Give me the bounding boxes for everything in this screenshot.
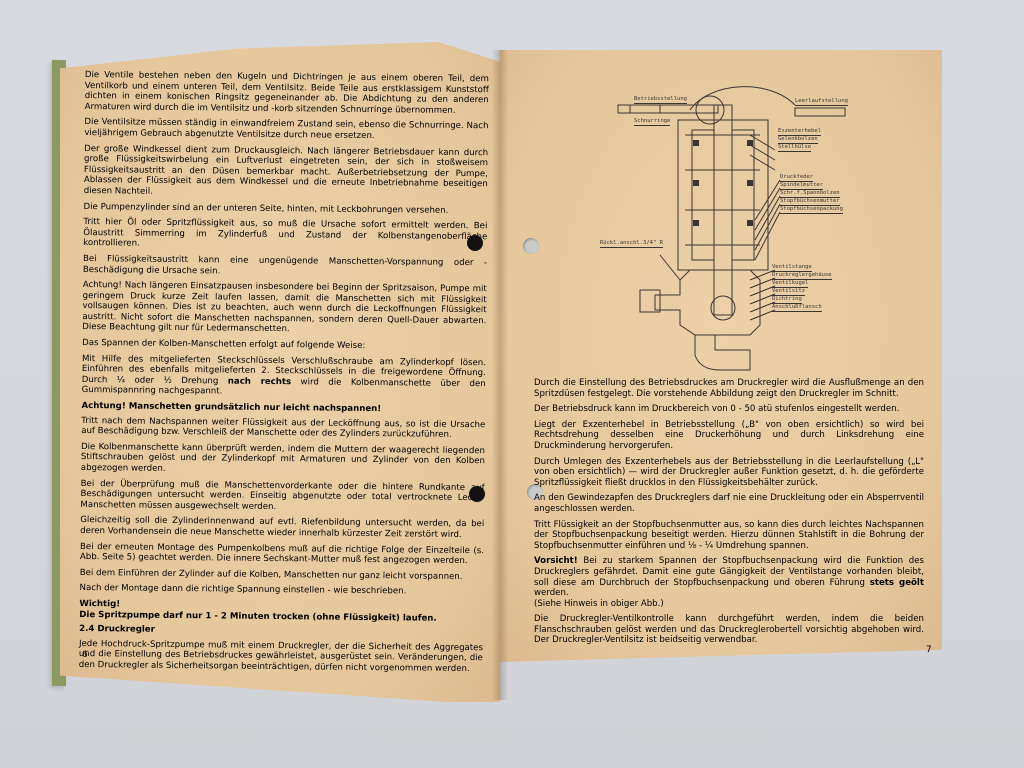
note: (Siehe Hinweis in obiger Abb.) [534,599,924,610]
label-gelenkbolzen: Gelenkbolzen [778,136,818,144]
label-betriebsstellung: Betriebsstellung [634,96,687,104]
warning-heading: Achtung! Manschetten grundsätzlich nur l… [81,401,485,416]
section-heading: 2.4 Druckregler [79,624,483,639]
paragraph: Die Ventilsitze müssen ständig in einwan… [84,117,488,142]
label-leerlaufstellung: Leerlaufstellung [795,98,848,106]
right-page-text: Durch die Einstellung des Betriebsdrucke… [534,378,924,651]
label-ventilkugel: Ventilkugel [772,280,808,288]
paragraph: Bei der Überprüfung muß die Manschettenv… [80,479,484,515]
label-spannbolzen: Schr.f.Spannbolzen [780,190,840,198]
caution-paragraph: Vorsicht! Bei zu starkem Spannen der Sto… [534,556,924,598]
paragraph: Liegt der Exzenterhebel in Betriebsstell… [534,420,924,452]
tightening-paragraph: Mit Hilfe des mitgelieferten Steckschlüs… [82,354,486,401]
page-number-left: 6 [82,650,88,660]
paragraph: Bei Flüssigkeitsaustritt kann eine ungen… [83,254,487,279]
label-stopfbuechsenpackung: Stopfbüchsenpackung [780,206,843,214]
pressure-regulator-diagram: Betriebsstellung Leerlaufstellung Schnur… [600,80,890,380]
paragraph: Der große Windkessel dient zum Druckausg… [84,144,489,201]
paragraph: Tritt hier Öl oder Spritzflüssigkeit aus… [83,217,487,253]
paragraph: Nach der Montage dann die richtige Spann… [80,583,484,598]
label-dichtring: Dichtring [772,296,802,304]
paragraph: Achtung! Nach längeren Einsatzpausen ins… [82,280,487,337]
label-exzenterhebel: Exzenterhebel [778,128,821,136]
emphasis: stets geölt [870,578,924,588]
page-number-right: 7 [926,645,932,655]
paragraph: Die Ventile bestehen neben den Kugeln un… [85,70,489,117]
label-ventilsitz: Ventilsitz [772,288,805,296]
paragraph: Das Spannen der Kolben-Manschetten erfol… [82,338,486,353]
label-druckfeder: Druckfeder [780,174,813,182]
paragraph: Bei dem Einführen der Zylinder auf die K… [80,568,484,583]
label-druckreglergehaeuse: Druckreglergehäuse [772,272,832,280]
paragraph: Gleichzeitig soll die Zylinderinnenwand … [80,515,484,540]
paragraph: Tritt Flüssigkeit an der Stopfbuchsenmut… [534,520,924,552]
paragraph: Jede Hochdruck-Spritzpumpe muß mit einem… [79,639,483,675]
emphasis: nach rechts [228,376,291,387]
punch-hole [467,235,483,251]
paragraph: Die Pumpenzylinder sind an der unteren S… [84,202,488,217]
paragraph: Tritt nach dem Nachspannen weiter Flüssi… [81,416,485,441]
label-stellhuelse: Stellhülse [778,144,811,152]
book-gutter [492,50,508,700]
paragraph: Durch Umlegen des Exzenterhebels aus der… [534,457,924,489]
punch-hole [523,238,539,254]
paragraph: An den Gewindezapfen des Druckreglers da… [534,493,924,514]
label-ventilstange: Ventilstange [772,264,812,272]
label-spindelmutter: Spindelmutter [780,182,823,190]
text: werden. [534,588,569,598]
paragraph: Durch die Einstellung des Betriebsdrucke… [534,378,924,399]
left-page-text: Die Ventile bestehen neben den Kugeln un… [79,70,489,680]
paragraph: Der Betriebsdruck kann im Druckbereich v… [534,404,924,415]
paragraph: Die Druckregler-Ventilkontrolle kann dur… [534,614,924,646]
paragraph: Bei der erneuten Montage des Pumpenkolbe… [80,542,484,567]
text: Bei zu starkem Spannen der Stopfbuchsenp… [534,556,924,587]
label-stopfbuechsenmutter: Stopfbüchsenmutter [780,198,840,206]
label-schnurringe: Schnurringe [634,118,670,126]
paragraph: Die Kolbenmanschette kann überprüft werd… [81,442,485,478]
caution-label: Vorsicht! [534,556,578,566]
label-anschlussflansch: Anschlußflansch [772,304,822,312]
punch-hole [469,486,485,502]
label-ruecklaufanschluss: Rückl.anschl.3/4" R [600,240,663,248]
